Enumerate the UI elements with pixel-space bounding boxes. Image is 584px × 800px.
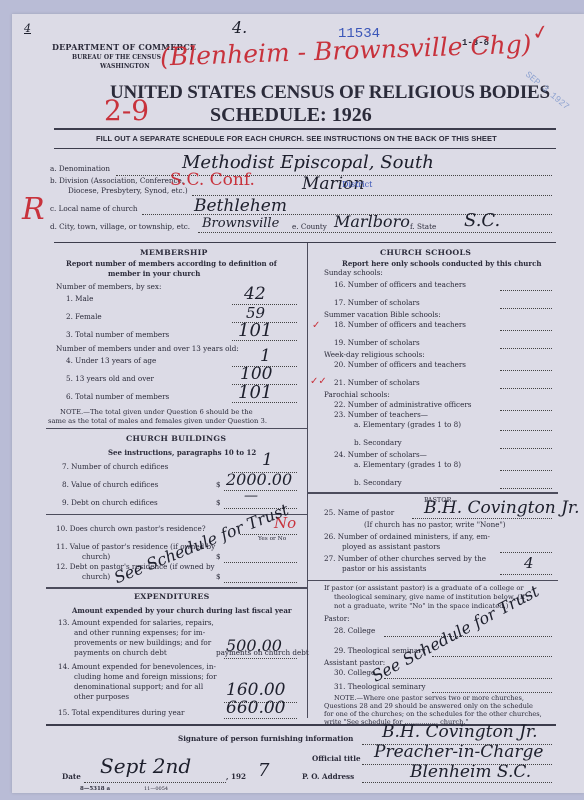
header-rule xyxy=(54,128,556,130)
schools-title: CHURCH SCHOOLS xyxy=(380,248,471,257)
q25-field[interactable] xyxy=(412,518,552,519)
q4-label: 4. Under 13 years of age xyxy=(66,356,156,365)
signature-label: Signature of person furnishing informati… xyxy=(178,734,353,743)
summer-schools-label: Summer vacation Bible schools: xyxy=(324,310,441,319)
instruction-line: FILL OUT A SEPARATE SCHEDULE FOR EACH CH… xyxy=(96,134,497,143)
division-printed: District xyxy=(342,180,372,189)
q11-field[interactable] xyxy=(224,562,297,563)
q15-value: 660.00 xyxy=(226,698,285,718)
q5-value: 100 xyxy=(240,364,272,384)
q2-label: 2. Female xyxy=(66,312,102,321)
q14-value: 160.00 xyxy=(226,680,285,700)
state-value: S.C. xyxy=(464,210,500,231)
q6-label: 6. Total number of members xyxy=(66,392,169,401)
q17-field[interactable] xyxy=(500,308,552,309)
q14-label-4: other purposes xyxy=(74,692,129,701)
city-label: d. City, town, village, or township, etc… xyxy=(50,222,190,231)
buildings-subtitle: See instructions, paragraphs 10 to 12 xyxy=(108,448,256,457)
q18-label: 18. Number of officers and teachers xyxy=(334,320,466,329)
q12-field[interactable] xyxy=(224,582,297,583)
q15-label: 15. Total expenditures during year xyxy=(58,708,184,717)
q3-value: 101 xyxy=(238,320,272,341)
year-digit: 7 xyxy=(258,760,269,781)
q25-note: (If church has no pastor, write "None") xyxy=(364,520,506,529)
census-schedule-page: 4 4. 11534 1-3-8 ✓ DEPARTMENT OF COMMERC… xyxy=(12,14,584,793)
membership-title: MEMBERSHIP xyxy=(140,248,208,257)
q19-field[interactable] xyxy=(500,348,552,349)
q12-label-2: church) xyxy=(82,572,110,581)
local-name-value: Bethlehem xyxy=(194,196,287,216)
double-check-mark-icon: ✓✓ xyxy=(310,376,327,387)
q8-value: 2000.00 xyxy=(226,470,292,489)
members-by-age-label: Number of members under and over 13 year… xyxy=(56,344,239,353)
membership-subtitle-2: member in your church xyxy=(108,269,200,278)
q13-label-2: and other running expenses; for im- xyxy=(74,628,205,637)
q27-label-2: pastor or his assistants xyxy=(342,564,427,573)
red-code: 2-9 xyxy=(104,94,149,127)
buildings-title: CHURCH BUILDINGS xyxy=(126,434,226,443)
expenditures-subtitle: Amount expended by your church during la… xyxy=(72,606,292,615)
q13-label-1: 13. Amount expended for salaries, repair… xyxy=(58,618,214,627)
q7-label: 7. Number of church edifices xyxy=(62,462,168,471)
city-field[interactable] xyxy=(198,232,552,233)
membership-rule xyxy=(46,428,307,429)
state-label: f. State xyxy=(410,222,436,231)
charge-annotation: (Blenheim - Brownsville Chg) xyxy=(160,30,532,72)
q15-field[interactable] xyxy=(224,718,297,719)
q22-field[interactable] xyxy=(500,410,552,411)
sunday-schools-label: Sunday schools: xyxy=(324,268,383,277)
county-value: Marlboro xyxy=(334,212,410,231)
q3-label: 3. Total number of members xyxy=(66,330,169,339)
q13-label-3: provements or new buildings; and for xyxy=(74,638,211,647)
city-value: Brownsville xyxy=(202,216,279,231)
q23a-field[interactable] xyxy=(500,430,552,431)
margin-mark: R xyxy=(22,192,45,227)
q25-value: B.H. Covington Jr. xyxy=(424,498,580,518)
check-mark-icon: ✓ xyxy=(312,320,320,331)
q24a-label: a. Elementary (grades 1 to 8) xyxy=(354,460,461,469)
bureau-city: WASHINGTON xyxy=(100,63,150,70)
form-title: UNITED STATES CENSUS OF RELIGIOUS BODIES xyxy=(110,82,550,104)
q24a-field[interactable] xyxy=(500,470,552,471)
po-address-label: P. O. Address xyxy=(302,772,354,781)
identity-rule xyxy=(54,242,556,243)
division-value-red: S.C. Conf. xyxy=(170,170,255,190)
q13-field[interactable] xyxy=(224,658,297,659)
q1-label: 1. Male xyxy=(66,294,93,303)
corner-number: 4 xyxy=(24,22,31,35)
q30-field[interactable] xyxy=(384,678,552,679)
q9-value: — xyxy=(244,488,258,504)
q20-label: 20. Number of officers and teachers xyxy=(334,360,466,369)
q23a-label: a. Elementary (grades 1 to 8) xyxy=(354,420,461,429)
q8-label: 8. Value of church edifices xyxy=(62,480,158,489)
pastor-note-2: Questions 28 and 29 should be answered o… xyxy=(324,702,533,710)
q23-label: 23. Number of teachers— xyxy=(334,410,428,419)
graduate-note-1: If pastor (or assistant pastor) is a gra… xyxy=(324,584,524,592)
q23b-field[interactable] xyxy=(500,448,552,449)
q5-label: 5. 13 years old and over xyxy=(66,374,154,383)
q13-value: 500.00 xyxy=(226,636,282,655)
q11-label-2: church) xyxy=(82,552,110,561)
q14-label-1: 14. Amount expended for benevolences, in… xyxy=(58,662,216,671)
membership-note-1: NOTE.—The total given under Question 6 s… xyxy=(60,408,253,416)
q21-label: 21. Number of scholars xyxy=(334,378,420,387)
schedule-title: SCHEDULE: 1926 xyxy=(210,104,372,127)
q8-field[interactable] xyxy=(224,490,297,491)
weekday-schools-label: Week-day religious schools: xyxy=(324,350,425,359)
q18-field[interactable] xyxy=(500,330,552,331)
q7-value: 1 xyxy=(262,450,273,470)
local-name-label: c. Local name of church xyxy=(50,204,138,213)
q22-label: 22. Number of administrative officers xyxy=(334,400,471,409)
bureau-name: BUREAU OF THE CENSUS xyxy=(72,54,161,61)
expenditures-title: EXPENDITURES xyxy=(134,592,210,601)
q27-value: 4 xyxy=(524,554,534,572)
q24b-label: b. Secondary xyxy=(354,478,402,487)
denomination-label: a. Denomination xyxy=(50,164,110,173)
q21-field[interactable] xyxy=(500,388,552,389)
residence-rule xyxy=(46,587,307,589)
q27-field[interactable] xyxy=(500,574,552,575)
instruction-rule xyxy=(54,148,556,149)
year-prefix: , 192 xyxy=(226,772,246,781)
q26-label-2: ployed as assistant pastors xyxy=(342,542,440,551)
pastor-note-3: for one of the churches; on the schedule… xyxy=(324,710,542,718)
county-label: e. County xyxy=(292,222,327,231)
column-divider xyxy=(307,243,308,718)
q28-label: 28. College xyxy=(334,626,375,635)
membership-note-2: same as the total of males and females g… xyxy=(48,417,267,425)
check-mark-icon: ✓ xyxy=(530,19,551,46)
parochial-schools-label: Parochial schools: xyxy=(324,390,390,399)
q16-field[interactable] xyxy=(500,290,552,291)
print-number: 11—0054 xyxy=(144,786,168,792)
q27-label-1: 27. Number of other churches served by t… xyxy=(324,554,486,563)
q24-label: 24. Number of scholars— xyxy=(334,450,427,459)
membership-subtitle-1: Report number of members according to de… xyxy=(66,259,277,268)
q14-label-3: denominational support; and for all xyxy=(74,682,203,691)
po-address-value: Blenheim S.C. xyxy=(410,762,531,782)
official-title-value: Preacher-in-Charge xyxy=(374,742,543,762)
q10-label: 10. Does church own pastor's residence? xyxy=(56,524,206,533)
q19-label: 19. Number of scholars xyxy=(334,338,420,347)
q14-label-2: cluding home and foreign missions; for xyxy=(74,672,217,681)
q13-label-4: payments on church debt xyxy=(74,648,167,657)
q25-label: 25. Name of pastor xyxy=(324,508,394,517)
q20-field[interactable] xyxy=(500,370,552,371)
q1-value: 42 xyxy=(244,284,266,304)
form-number: 8—5318 a xyxy=(80,786,110,792)
q24b-field[interactable] xyxy=(500,488,552,489)
schools-rule xyxy=(308,492,558,494)
division-label-1: b. Division (Association, Conference, xyxy=(50,176,184,185)
q11-dollar: $ xyxy=(216,552,221,561)
schools-subtitle: Report here only schools conducted by th… xyxy=(342,259,541,268)
q17-label: 17. Number of scholars xyxy=(334,298,420,307)
q4-value: 1 xyxy=(260,346,271,366)
q8-dollar: $ xyxy=(216,480,221,489)
q26-label-1: 26. Number of ordained ministers, if any… xyxy=(324,532,490,541)
date-label: Date xyxy=(62,772,81,781)
date-field[interactable] xyxy=(84,782,226,783)
official-title-label: Official title xyxy=(312,754,361,763)
q26-field[interactable] xyxy=(500,552,552,553)
q6-value: 101 xyxy=(238,382,272,403)
top-number: 4. xyxy=(232,18,247,37)
date-value: Sept 2nd xyxy=(100,754,191,778)
q12-dollar: $ xyxy=(216,572,221,581)
pastor-college-heading: Pastor: xyxy=(324,614,350,623)
po-address-field[interactable] xyxy=(362,782,552,783)
q9-dollar: $ xyxy=(216,498,221,507)
q23b-label: b. Secondary xyxy=(354,438,402,447)
q16-label: 16. Number of officers and teachers xyxy=(334,280,466,289)
pastor-rule xyxy=(308,580,558,581)
members-by-sex-label: Number of members, by sex: xyxy=(56,282,161,291)
signature-value: B.H. Covington Jr. xyxy=(382,722,538,742)
q31-field[interactable] xyxy=(432,692,552,693)
yes-no-hint: Yes or No xyxy=(258,536,286,542)
pastor-note-1: NOTE.—Where one pastor serves two or mor… xyxy=(334,694,524,702)
q9-label: 9. Debt on church edifices xyxy=(62,498,158,507)
q29-field[interactable] xyxy=(432,656,552,657)
